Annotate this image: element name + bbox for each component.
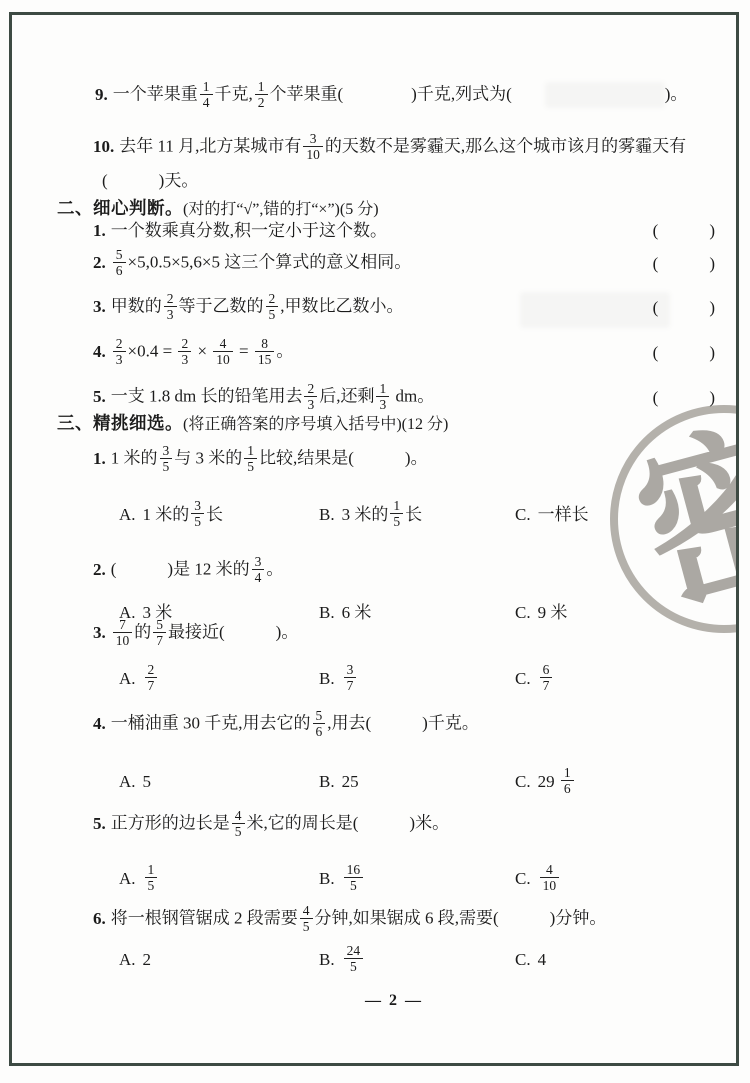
fraction: 67 xyxy=(540,662,553,693)
option-label: C. xyxy=(515,949,531,971)
fraction-denominator: 10 xyxy=(213,352,233,367)
fraction-denominator: 10 xyxy=(113,633,133,648)
item-number: 10. xyxy=(93,137,114,156)
stamp-character: 密 xyxy=(621,408,739,626)
fraction-denominator: 3 xyxy=(113,352,126,367)
section-title: 二、细心判断。 xyxy=(57,198,183,218)
fraction: 310 xyxy=(303,131,323,162)
choice-item-3-options: A.27B.37C.67 xyxy=(119,663,554,694)
item-number: 2. xyxy=(93,560,106,579)
item-number: 3. xyxy=(93,297,106,316)
option-label: A. xyxy=(119,868,136,890)
text-run: 3 米的 xyxy=(342,504,389,526)
fraction-numerator: 1 xyxy=(145,862,158,878)
text-run: 一桶油重 30 千克,用去它的 xyxy=(111,714,311,733)
text-run: 1 米的 xyxy=(111,449,158,468)
fraction-numerator: 3 xyxy=(303,131,323,147)
option-label: C. xyxy=(515,602,531,624)
item-number: 4. xyxy=(93,342,106,361)
text-run: 甲数的 xyxy=(111,297,162,316)
fraction-denominator: 3 xyxy=(376,397,389,412)
question-10: 10.去年 11 月,北方某城市有310的天数不是雾霾天,那么这个城市该月的雾霾… xyxy=(93,132,686,163)
text-run: 等于乙数的 xyxy=(179,297,264,316)
fraction-numerator: 4 xyxy=(300,903,313,919)
fraction-denominator: 7 xyxy=(540,678,553,693)
text-run: 的天数不是雾霾天,那么这个城市该月的雾霾天有 xyxy=(325,137,686,156)
text-run: 9 米 xyxy=(538,602,568,624)
fraction-denominator: 4 xyxy=(200,95,213,110)
judge-section-heading: 二、细心判断。(对的打“√”,错的打“×”)(5 分) xyxy=(57,197,379,221)
text-run: 去年 11 月,北方某城市有 xyxy=(119,137,301,156)
page-number: — 2 — xyxy=(52,992,736,1010)
fraction: 410 xyxy=(213,336,233,367)
fraction-denominator: 4 xyxy=(252,570,265,585)
answer-blank: ( ) xyxy=(653,342,715,364)
item-number: 9. xyxy=(95,85,108,104)
fraction-numerator: 5 xyxy=(153,617,166,633)
option-a: A.27 xyxy=(119,663,319,694)
fraction-denominator: 5 xyxy=(344,959,364,974)
option-label: C. xyxy=(515,868,531,890)
text-run: 2 xyxy=(143,949,152,971)
fraction: 15 xyxy=(145,862,158,893)
fraction-numerator: 2 xyxy=(164,291,177,307)
option-label: A. xyxy=(119,771,136,793)
fraction-numerator: 1 xyxy=(561,765,574,781)
text-run: ×0.4 = xyxy=(128,342,177,361)
fraction: 25 xyxy=(266,291,279,322)
fraction-numerator: 2 xyxy=(113,336,126,352)
fraction-numerator: 3 xyxy=(252,554,265,570)
text-run: 一个苹果重 xyxy=(113,85,198,104)
fraction-numerator: 7 xyxy=(113,617,133,633)
option-c: C.4 xyxy=(515,949,546,971)
answer-blank: ( ) xyxy=(653,253,715,275)
option-label: A. xyxy=(119,668,136,690)
fraction: 37 xyxy=(344,662,357,693)
text-run: 。 xyxy=(276,342,293,361)
option-label: C. xyxy=(515,668,531,690)
text-run: 长 xyxy=(206,504,223,526)
text-run: 一个数乘真分数,积一定小于这个数。 xyxy=(111,221,387,240)
judge-item-5: 5.一支 1.8 dm 长的铅笔用去23后,还剩13 dm。( ) xyxy=(93,382,715,413)
answer-blank: ( ) xyxy=(653,387,715,409)
fraction-numerator: 5 xyxy=(313,708,326,724)
text-run: ( )是 12 米的 xyxy=(111,560,250,579)
option-b: B.6 米 xyxy=(319,602,515,624)
fraction-numerator: 3 xyxy=(344,662,357,678)
choice-item-6-options: A.2B.245C.4 xyxy=(119,944,546,975)
text-run: 个苹果重( )千克,列式为( )。 xyxy=(270,85,688,104)
fraction: 245 xyxy=(344,943,364,974)
text-run: 5 xyxy=(143,771,152,793)
text-run: = xyxy=(235,342,253,361)
fraction-denominator: 5 xyxy=(344,878,364,893)
judge-statement: 2.56×5,0.5×5,6×5 这三个算式的意义相同。 xyxy=(93,248,411,279)
choice-item-6: 6.将一根钢管锯成 2 段需要45分钟,如果锯成 6 段,需要( )分钟。 xyxy=(93,904,606,935)
option-label: C. xyxy=(515,771,531,793)
option-b: B.165 xyxy=(319,863,515,894)
fraction-numerator: 4 xyxy=(213,336,233,352)
option-b: B.3 米的15长 xyxy=(319,499,515,530)
fraction-numerator: 1 xyxy=(255,79,268,95)
fraction: 410 xyxy=(540,862,560,893)
fraction: 45 xyxy=(232,808,245,839)
item-number: 5. xyxy=(93,814,106,833)
text-run: 25 xyxy=(342,771,359,793)
fraction-denominator: 3 xyxy=(304,397,317,412)
fraction-numerator: 6 xyxy=(540,662,553,678)
option-a: A.15 xyxy=(119,863,319,894)
option-label: C. xyxy=(515,504,531,526)
text-run: 长 xyxy=(405,504,422,526)
fraction-numerator: 1 xyxy=(200,79,213,95)
item-number: 4. xyxy=(93,714,106,733)
fraction-denominator: 2 xyxy=(255,95,268,110)
judge-item-3: 3.甲数的23等于乙数的25,甲数比乙数小。( ) xyxy=(93,292,715,323)
option-c: C.9 米 xyxy=(515,602,567,624)
fraction-numerator: 16 xyxy=(344,862,364,878)
text-run: 千克, xyxy=(215,85,253,104)
option-label: B. xyxy=(319,668,335,690)
judge-statement: 1.一个数乘真分数,积一定小于这个数。 xyxy=(93,220,387,242)
option-label: B. xyxy=(319,602,335,624)
question-9: 9.一个苹果重14千克,12个苹果重( )千克,列式为( )。 xyxy=(95,80,687,111)
text-run: 一样长 xyxy=(538,504,589,526)
choice-item-4-options: A.5B.25C.29 16 xyxy=(119,766,576,797)
fraction: 815 xyxy=(255,336,275,367)
option-b: B.245 xyxy=(319,944,515,975)
fraction: 15 xyxy=(244,443,257,474)
choice-item-2: 2.( )是 12 米的34。 xyxy=(93,555,283,586)
option-a: A.2 xyxy=(119,949,319,971)
text-run: ( )天。 xyxy=(102,171,198,190)
choice-section-heading: 三、精挑细选。(将正确答案的序号填入括号中)(12 分) xyxy=(57,412,448,436)
fraction-numerator: 3 xyxy=(160,443,173,459)
text-run: dm。 xyxy=(391,387,434,406)
option-label: B. xyxy=(319,771,335,793)
choice-item-1-options: A.1 米的35长B.3 米的15长C.一样长 xyxy=(119,499,589,530)
option-a: A.1 米的35长 xyxy=(119,499,319,530)
choice-item-3: 3.710的57最接近( )。 xyxy=(93,618,298,649)
fraction: 45 xyxy=(300,903,313,934)
fraction-numerator: 1 xyxy=(376,381,389,397)
fraction-denominator: 6 xyxy=(561,781,574,796)
text-run: 米,它的周长是( )米。 xyxy=(247,814,450,833)
option-label: B. xyxy=(319,868,335,890)
choice-item-4: 4.一桶油重 30 千克,用去它的56,用去( )千克。 xyxy=(93,709,479,740)
judge-statement: 5.一支 1.8 dm 长的铅笔用去23后,还剩13 dm。 xyxy=(93,382,434,413)
answer-blank: ( ) xyxy=(653,220,715,242)
fraction: 35 xyxy=(160,443,173,474)
fraction-numerator: 4 xyxy=(540,862,560,878)
item-number: 1. xyxy=(93,221,106,240)
fraction: 56 xyxy=(113,247,126,278)
fraction-numerator: 3 xyxy=(191,498,204,514)
fraction: 56 xyxy=(313,708,326,739)
text-run: 与 3 米的 xyxy=(174,449,242,468)
judge-item-2: 2.56×5,0.5×5,6×5 这三个算式的意义相同。( ) xyxy=(93,248,715,279)
option-label: B. xyxy=(319,504,335,526)
fraction-denominator: 7 xyxy=(344,678,357,693)
fraction-numerator: 2 xyxy=(304,381,317,397)
fraction: 165 xyxy=(344,862,364,893)
fraction-denominator: 7 xyxy=(153,633,166,648)
option-c: C.一样长 xyxy=(515,504,589,526)
judge-item-4: 4.23×0.4 = 23 × 410 = 815。( ) xyxy=(93,337,715,368)
fraction-denominator: 5 xyxy=(232,824,245,839)
option-b: B.25 xyxy=(319,771,515,793)
option-label: B. xyxy=(319,949,335,971)
fraction: 27 xyxy=(145,662,158,693)
fraction-numerator: 2 xyxy=(266,291,279,307)
judge-statement: 4.23×0.4 = 23 × 410 = 815。 xyxy=(93,337,293,368)
option-label: A. xyxy=(119,504,136,526)
text-run: 4 xyxy=(538,949,547,971)
section-title: 三、精挑细选。 xyxy=(57,413,183,433)
scanned-exam-page: 密 9.一个苹果重14千克,12个苹果重( )千克,列式为( )。10.去年 1… xyxy=(0,0,750,1083)
fraction: 23 xyxy=(178,336,191,367)
text-run: 6 米 xyxy=(342,602,372,624)
fraction: 57 xyxy=(153,617,166,648)
fraction-denominator: 3 xyxy=(164,307,177,322)
page-border-frame: 密 9.一个苹果重14千克,12个苹果重( )千克,列式为( )。10.去年 1… xyxy=(9,12,739,1066)
text-run: ,用去( )千克。 xyxy=(327,714,479,733)
fraction-denominator: 15 xyxy=(255,352,275,367)
judge-item-1: 1.一个数乘真分数,积一定小于这个数。( ) xyxy=(93,220,715,242)
fraction-denominator: 5 xyxy=(266,307,279,322)
fraction: 12 xyxy=(255,79,268,110)
fraction-numerator: 1 xyxy=(390,498,403,514)
section-instruction: (将正确答案的序号填入括号中)(12 分) xyxy=(183,416,448,433)
fraction: 23 xyxy=(113,336,126,367)
text-run: 比较,结果是( )。 xyxy=(259,449,428,468)
fraction-denominator: 5 xyxy=(300,919,313,934)
item-number: 2. xyxy=(93,253,106,272)
fraction-denominator: 7 xyxy=(145,678,158,693)
fraction-denominator: 5 xyxy=(160,459,173,474)
choice-item-5-options: A.15B.165C.410 xyxy=(119,863,561,894)
text-run: ×5,0.5×5,6×5 这三个算式的意义相同。 xyxy=(128,253,412,272)
fraction: 15 xyxy=(390,498,403,529)
option-a: A.5 xyxy=(119,771,319,793)
text-run: × xyxy=(193,342,211,361)
item-number: 1. xyxy=(93,449,106,468)
text-run: 后,还剩 xyxy=(319,387,374,406)
fraction-numerator: 4 xyxy=(232,808,245,824)
fraction-numerator: 5 xyxy=(113,247,126,263)
fraction: 35 xyxy=(191,498,204,529)
fraction: 34 xyxy=(252,554,265,585)
fraction: 23 xyxy=(164,291,177,322)
confidential-stamp: 密 xyxy=(610,405,739,633)
fraction-denominator: 6 xyxy=(313,724,326,739)
fraction-denominator: 5 xyxy=(145,878,158,893)
text-run: 的 xyxy=(134,623,151,642)
fraction: 23 xyxy=(304,381,317,412)
text-run: 分钟,如果锯成 6 段,需要( )分钟。 xyxy=(315,909,607,928)
fraction-numerator: 1 xyxy=(244,443,257,459)
fraction: 16 xyxy=(561,765,574,796)
section-instruction: (对的打“√”,错的打“×”)(5 分) xyxy=(183,201,379,218)
item-number: 3. xyxy=(93,623,106,642)
text-run: 最接近( )。 xyxy=(168,623,298,642)
text-run: 。 xyxy=(266,560,283,579)
choice-item-5: 5.正方形的边长是45米,它的周长是( )米。 xyxy=(93,809,449,840)
fraction-denominator: 5 xyxy=(191,514,204,529)
choice-item-1: 1.1 米的35与 3 米的15比较,结果是( )。 xyxy=(93,444,428,475)
fraction: 13 xyxy=(376,381,389,412)
fraction-denominator: 10 xyxy=(303,147,323,162)
fraction-numerator: 2 xyxy=(178,336,191,352)
item-number: 6. xyxy=(93,909,106,928)
text-run: 将一根钢管锯成 2 段需要 xyxy=(111,909,298,928)
judge-statement: 3.甲数的23等于乙数的25,甲数比乙数小。 xyxy=(93,292,404,323)
fraction: 14 xyxy=(200,79,213,110)
fraction-denominator: 3 xyxy=(178,352,191,367)
fraction-numerator: 24 xyxy=(344,943,364,959)
fraction-denominator: 6 xyxy=(113,263,126,278)
page-number-text: — 2 — xyxy=(365,992,423,1009)
text-run: ,甲数比乙数小。 xyxy=(280,297,403,316)
option-b: B.37 xyxy=(319,663,515,694)
text-run: 正方形的边长是 xyxy=(111,814,230,833)
option-c: C.67 xyxy=(515,663,554,694)
fraction-denominator: 5 xyxy=(244,459,257,474)
option-c: C.410 xyxy=(515,863,561,894)
fraction: 710 xyxy=(113,617,133,648)
text-run: 1 米的 xyxy=(143,504,190,526)
option-label: A. xyxy=(119,949,136,971)
question-10-continued: ( )天。 xyxy=(102,170,198,192)
text-run: 29 xyxy=(538,771,559,793)
fraction-numerator: 8 xyxy=(255,336,275,352)
text-run: 一支 1.8 dm 长的铅笔用去 xyxy=(111,387,303,406)
fraction-denominator: 5 xyxy=(390,514,403,529)
answer-blank: ( ) xyxy=(653,297,715,319)
option-c: C.29 16 xyxy=(515,766,576,797)
fraction-numerator: 2 xyxy=(145,662,158,678)
item-number: 5. xyxy=(93,387,106,406)
fraction-denominator: 10 xyxy=(540,878,560,893)
